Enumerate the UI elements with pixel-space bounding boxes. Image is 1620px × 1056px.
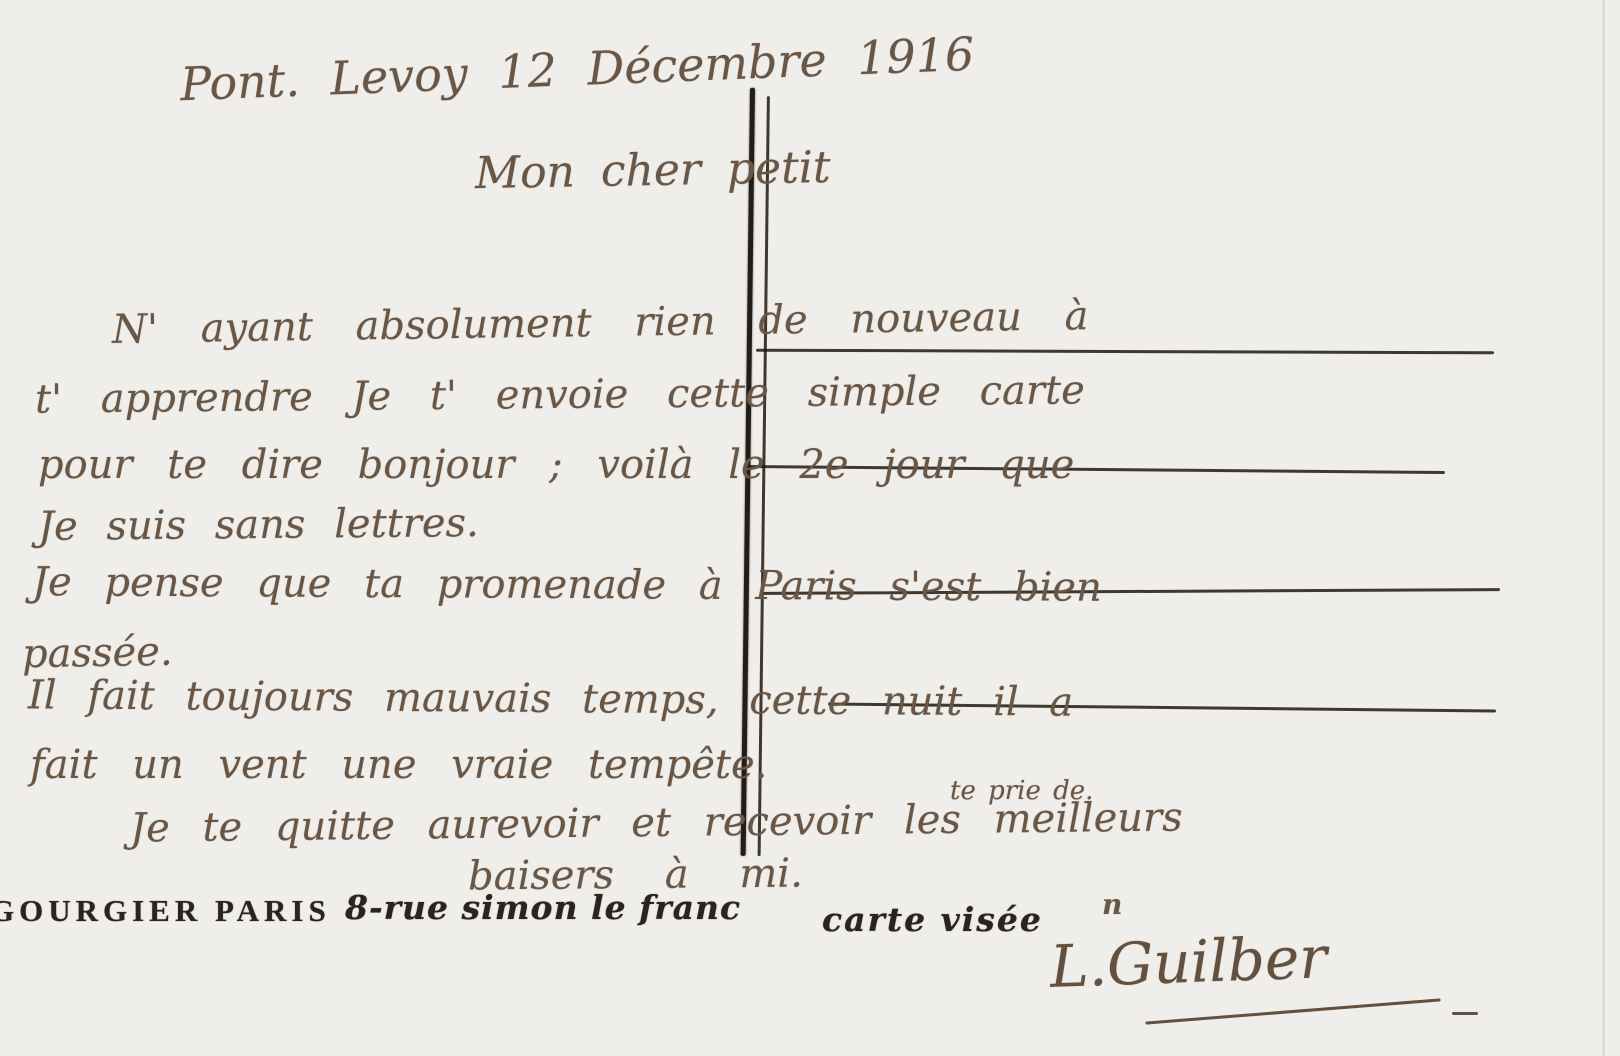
censor-visa-stamp: carte visée	[822, 900, 1043, 939]
message-line: Je pense que ta promenade à Paris s'est …	[32, 559, 1102, 611]
message-line: t' apprendre Je t' envoie cette simple c…	[35, 367, 1085, 422]
message-line: fait un vent une vraie tempête.	[30, 742, 767, 788]
signature-mark: n	[1102, 888, 1122, 921]
postcard-card: Pont. Levoy 12 Décembre 1916 Mon cher pe…	[0, 0, 1620, 1056]
signature-flourish-tail	[1452, 1012, 1478, 1015]
address-rule-line	[756, 349, 1494, 355]
message-line: Il fait toujours mauvais temps, cette nu…	[28, 672, 1073, 725]
message-line: N' ayant absolument rien de nouveau à	[112, 293, 1089, 353]
salutation: Mon cher petit	[475, 142, 831, 199]
signature: L.Guilber	[1049, 923, 1328, 1001]
message-line: Je te quitte aurevoir et recevoir les me…	[130, 794, 1183, 851]
message-line: Je suis sans lettres.	[38, 500, 479, 550]
publisher-imprint: GOURGIER PARIS	[0, 893, 331, 929]
signature-flourish	[1145, 998, 1440, 1024]
scanner-margin-crease	[1602, 0, 1605, 1056]
postcard-scan: Pont. Levoy 12 Décembre 1916 Mon cher pe…	[0, 0, 1620, 1056]
message-line: pour te dire bonjour ; voilà le 2e jour …	[38, 442, 1074, 488]
publisher-address-imprint: 8-rue simon le franc	[345, 888, 741, 927]
dateline: Pont. Levoy 12 Décembre 1916	[179, 27, 975, 111]
message-line: passée.	[22, 629, 173, 678]
